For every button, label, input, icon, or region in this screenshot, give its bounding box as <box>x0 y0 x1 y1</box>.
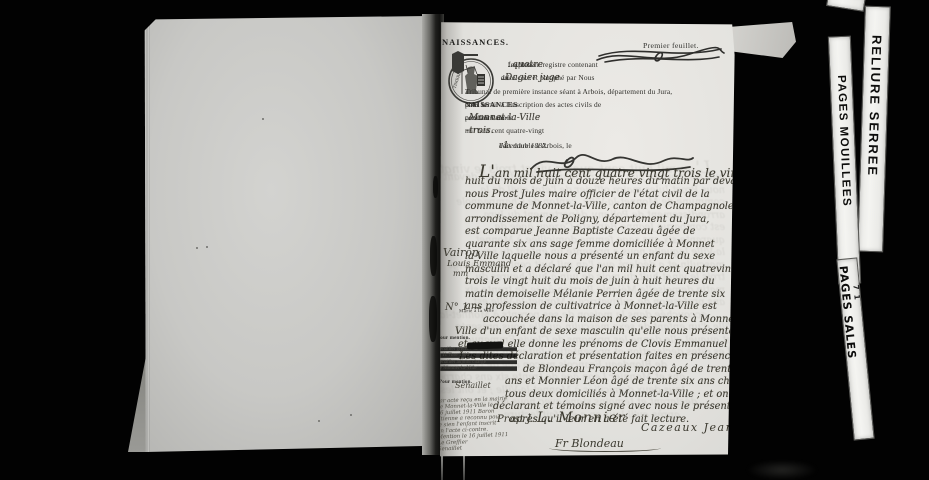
preamble-line3: Tribunal de première instance séant à Ar… <box>465 87 672 96</box>
label-strip-reliure-serree: RELIURE SERREE <box>857 6 891 253</box>
margin-child-name: Vairon Louis Emmand mm <box>443 246 511 278</box>
label-strip-fragment <box>826 0 866 12</box>
scan-smudge <box>746 460 818 480</box>
paper-speck <box>318 420 320 422</box>
act-line: Ville d'un enfant de sexe masculin qu'el… <box>455 326 743 339</box>
act-line: huit du mois de juin à douze heures du m… <box>455 176 743 189</box>
act-line: commune de Monnet-la-Ville, canton de Ch… <box>455 201 743 214</box>
left-blank-page <box>143 16 428 452</box>
preamble-line5-suffix: pendant l'année <box>465 113 513 122</box>
paper-speck <box>350 414 352 416</box>
birth-act-page: NAISSANCES. Premier feuillet. TIMBRE Le … <box>437 20 737 458</box>
act-line: L'an mil huit cent quatre vingt trois le… <box>455 162 743 176</box>
act-line: ans profession de cultivatrice à Monnet-… <box>455 301 743 314</box>
act-line: ans et Monnier Léon âgé de trente six an… <box>455 376 743 389</box>
preamble-line4-suffix: dans la <box>465 100 487 109</box>
paper-speck <box>262 118 264 120</box>
signature-flourish-line <box>549 444 661 452</box>
preamble-line1-suffix: feuillets <box>508 60 533 69</box>
act-line: accouchée dans la maison de ses parents … <box>455 314 743 327</box>
signature-witness1: L. Monnier <box>537 410 625 426</box>
margin-name-line: Louis Emmand <box>443 259 511 269</box>
paper-speck <box>206 246 208 248</box>
margin-name-line: Vairon <box>443 246 511 259</box>
act-line: est comparue Jeanne Baptiste Cazeau âgée… <box>455 226 743 239</box>
label-text: RELIURE SERREE <box>863 7 886 251</box>
archival-register-scan: NAISSANCES. Premier feuillet. TIMBRE Le … <box>0 0 929 480</box>
ink-scrawl <box>595 44 727 68</box>
page-marker-ribbon <box>441 456 443 480</box>
ink-redaction-blob <box>467 341 503 349</box>
margin-name-line: mm <box>443 269 511 278</box>
stamp-text: TIMBRE <box>452 71 462 89</box>
margin-mention-signature: Senaillet <box>455 381 491 390</box>
ink-blot <box>433 176 438 198</box>
margin-mention-label: Pour mention. <box>437 336 470 341</box>
margin-redacted-block: Senaillet greffier dele 11 7bre 1905Sena… <box>437 346 517 372</box>
page-stack-sliver <box>128 356 146 452</box>
act-line: arrondissement de Poligny, département d… <box>455 214 743 227</box>
label-text: PAGES MOUILLEES <box>833 37 855 283</box>
ink-blot <box>429 296 437 342</box>
ink-blot <box>430 236 437 276</box>
margin-stamp-mention: Marié à la Ville <box>459 308 494 314</box>
birth-act-text: L'an mil huit cent quatre vingt trois le… <box>455 162 743 426</box>
handwritten-fill: -trois. <box>466 126 494 136</box>
preamble-line2-suffix: du <box>501 73 509 82</box>
section-title: NAISSANCES. <box>442 37 509 47</box>
label-strip-pages-sales: PAGES SALES 7 1 <box>836 257 874 440</box>
act-line: matin demoiselle Mélanie Perrien âgée de… <box>455 289 743 302</box>
signature-declarant: Cazeaux Jeanne <box>641 421 751 434</box>
revenue-stamp-icon: TIMBRE <box>447 56 495 106</box>
page-marker-ribbon <box>463 456 465 480</box>
paper-speck <box>196 247 198 249</box>
margin-recognition-note: Par acte reçu en la mairiede Monnet-la-V… <box>436 396 522 453</box>
act-line: nous Prost Jules maire officier de l'éta… <box>455 189 743 202</box>
label-strip-pages-mouillees: PAGES MOUILLEES <box>828 36 861 285</box>
redacted-line: de Monnet-la-Ville <box>437 365 517 371</box>
